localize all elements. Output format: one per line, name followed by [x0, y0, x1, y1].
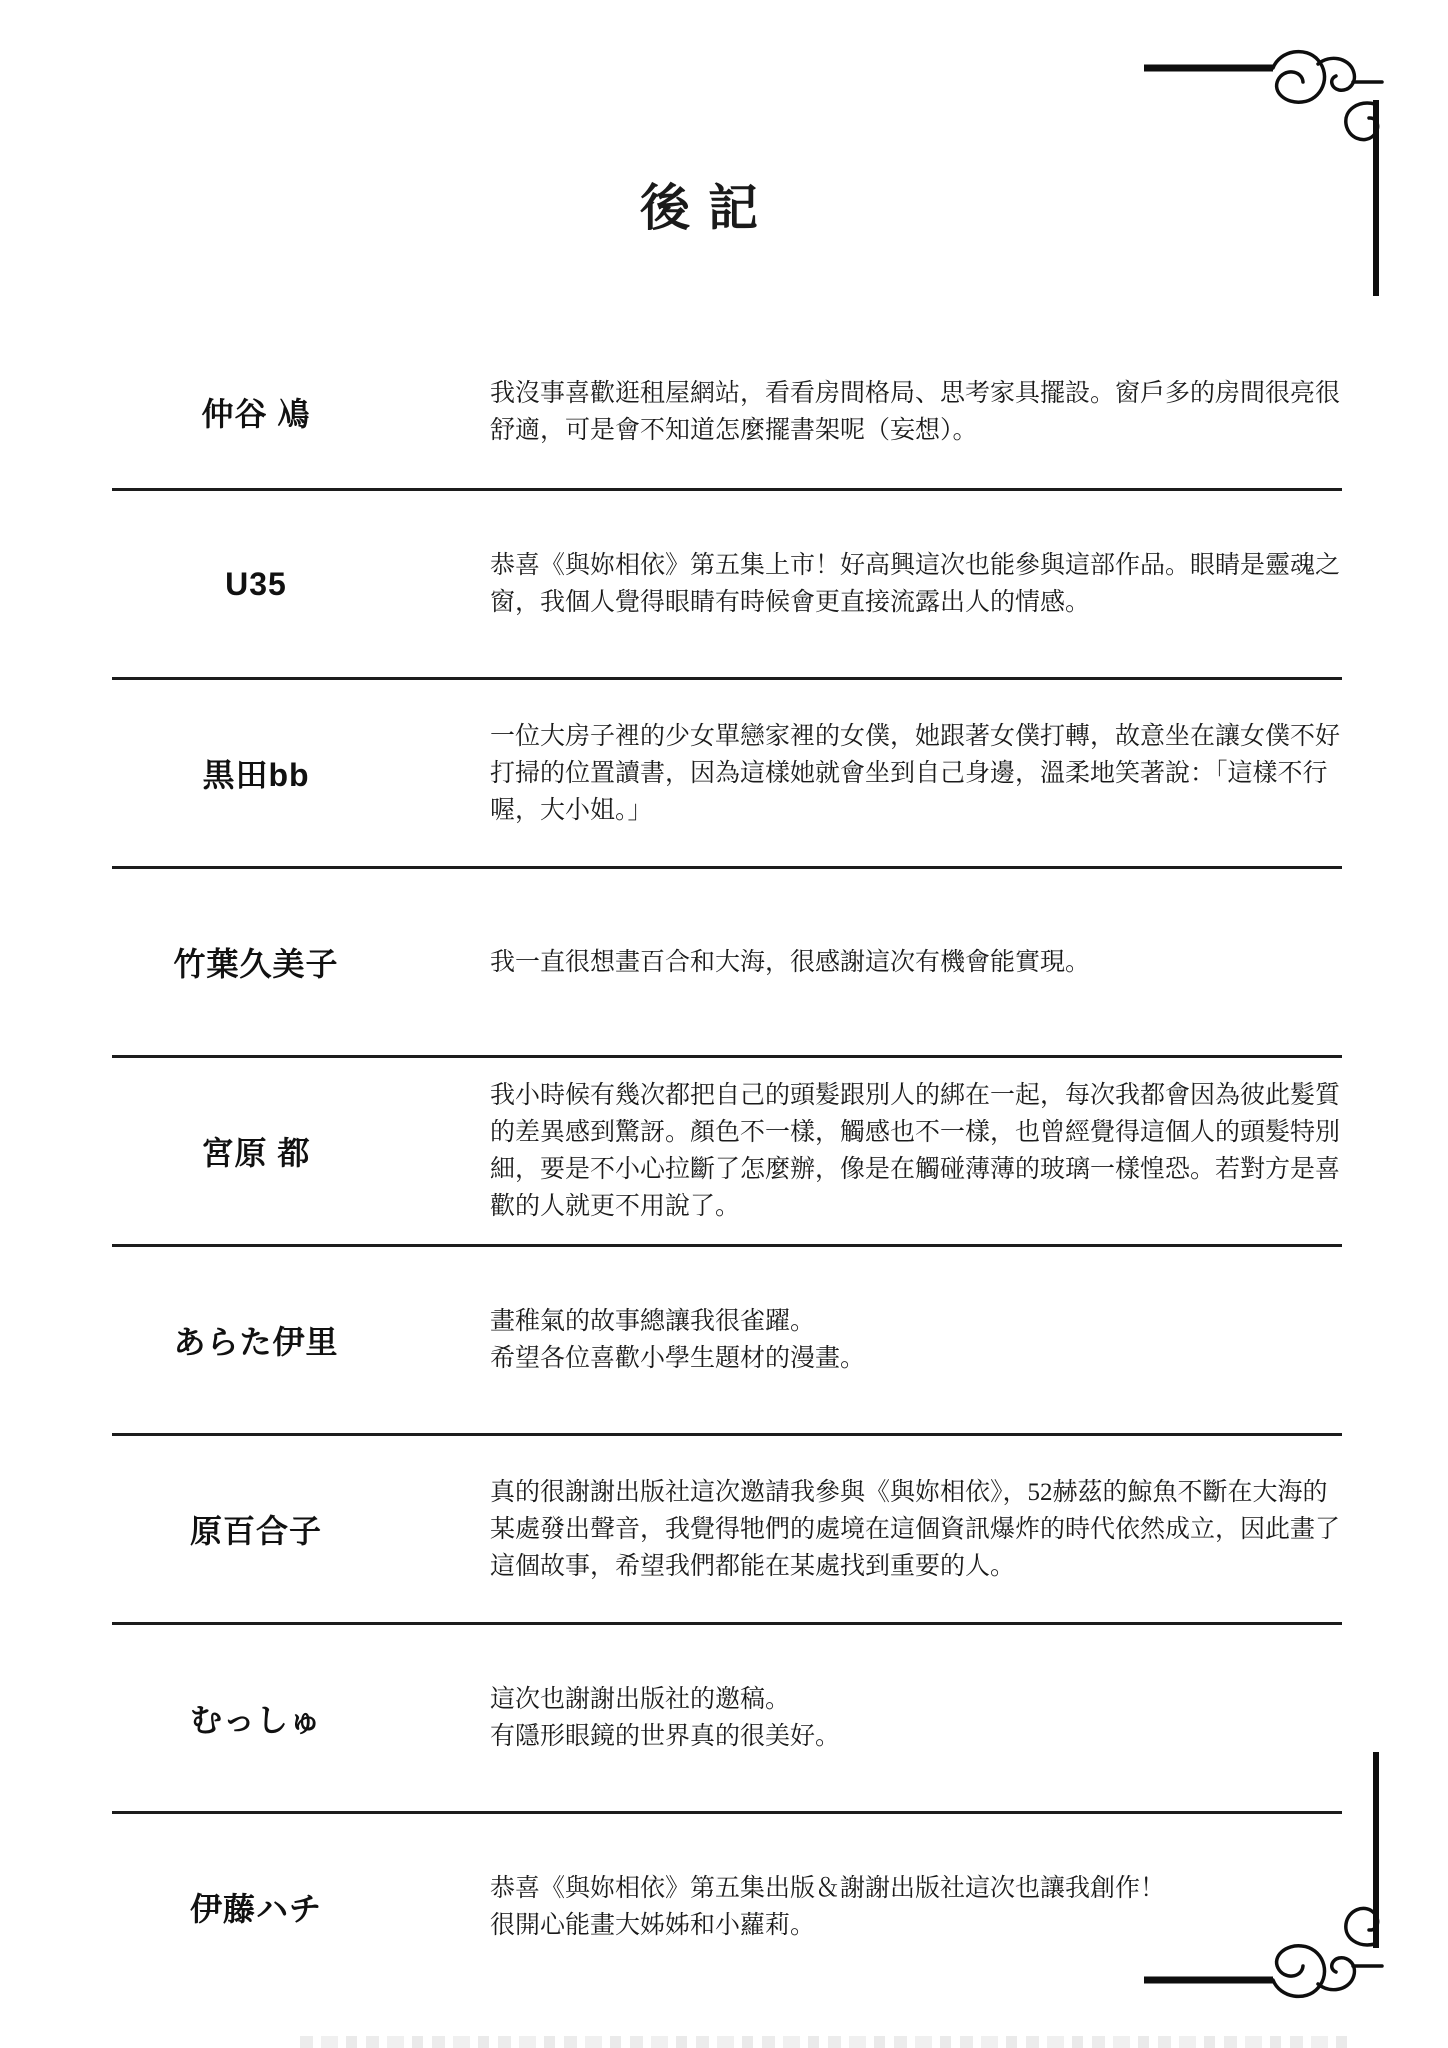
afterword-entries: 仲谷 鳰我沒事喜歡逛租屋網站，看看房間格局、思考家具擺設。窗戶多的房間很亮很舒適… — [112, 336, 1342, 2000]
afterword-entry: 宮原 都我小時候有幾次都把自己的頭髮跟別人的綁在一起，每次我都會因為彼此髮質的差… — [112, 1055, 1342, 1244]
afterword-entry: U35恭喜《與妳相依》第五集上市！好高興這次也能參與這部作品。眼睛是靈魂之窗，我… — [112, 488, 1342, 677]
author-name: 伊藤ハチ — [112, 1884, 400, 1930]
author-name: 黒田bb — [112, 750, 400, 796]
author-name: U35 — [112, 566, 400, 603]
author-name: むっしゅ — [112, 1695, 400, 1741]
author-comment: 真的很謝謝出版社這次邀請我參與《與妳相依》，52赫茲的鯨魚不斷在大海的某處發出聲… — [490, 1474, 1342, 1585]
author-comment: 我沒事喜歡逛租屋網站，看看房間格局、思考家具擺設。窗戶多的房間很亮很舒適，可是會… — [490, 375, 1342, 449]
afterword-entry: 伊藤ハチ恭喜《與妳相依》第五集出版＆謝謝出版社這次也讓我創作！ 很開心能畫大姊姊… — [112, 1811, 1342, 2000]
author-comment: 這次也謝謝出版社的邀稿。 有隱形眼鏡的世界真的很美好。 — [490, 1681, 1342, 1755]
author-name: 竹葉久美子 — [112, 939, 400, 985]
afterword-entry: 黒田bb一位大房子裡的少女單戀家裡的女僕，她跟著女僕打轉，故意坐在讓女僕不好打掃… — [112, 677, 1342, 866]
afterword-entry: むっしゅ這次也謝謝出版社的邀稿。 有隱形眼鏡的世界真的很美好。 — [112, 1622, 1342, 1811]
page-title: 後記 — [0, 168, 1416, 240]
afterword-entry: 仲谷 鳰我沒事喜歡逛租屋網站，看看房間格局、思考家具擺設。窗戶多的房間很亮很舒適… — [112, 336, 1342, 488]
author-comment: 一位大房子裡的少女單戀家裡的女僕，她跟著女僕打轉，故意坐在讓女僕不好打掃的位置讀… — [490, 718, 1342, 829]
author-comment: 我一直很想畫百合和大海，很感謝這次有機會能實現。 — [490, 944, 1342, 981]
author-name: 宮原 都 — [112, 1128, 400, 1174]
author-name: あらた伊里 — [112, 1317, 400, 1363]
author-comment: 我小時候有幾次都把自己的頭髮跟別人的綁在一起，每次我都會因為彼此髮質的差異感到驚… — [490, 1077, 1342, 1225]
author-comment: 恭喜《與妳相依》第五集上市！好高興這次也能參與這部作品。眼睛是靈魂之窗，我個人覺… — [490, 547, 1342, 621]
afterword-entry: 竹葉久美子我一直很想畫百合和大海，很感謝這次有機會能實現。 — [112, 866, 1342, 1055]
author-comment: 恭喜《與妳相依》第五集出版＆謝謝出版社這次也讓我創作！ 很開心能畫大姊姊和小蘿莉… — [490, 1870, 1342, 1944]
author-comment: 畫稚氣的故事總讓我很雀躍。 希望各位喜歡小學生題材的漫畫。 — [490, 1303, 1342, 1377]
author-name: 仲谷 鳰 — [112, 389, 400, 435]
afterword-page: 後記 仲谷 鳰我沒事喜歡逛租屋網站，看看房間格局、思考家具擺設。窗戶多的房間很亮… — [0, 0, 1448, 2048]
author-name: 原百合子 — [112, 1506, 400, 1552]
afterword-entry: 原百合子真的很謝謝出版社這次邀請我參與《與妳相依》，52赫茲的鯨魚不斷在大海的某… — [112, 1433, 1342, 1622]
afterword-entry: あらた伊里畫稚氣的故事總讓我很雀躍。 希望各位喜歡小學生題材的漫畫。 — [112, 1244, 1342, 1433]
cropped-bottom-text — [300, 2036, 1355, 2048]
